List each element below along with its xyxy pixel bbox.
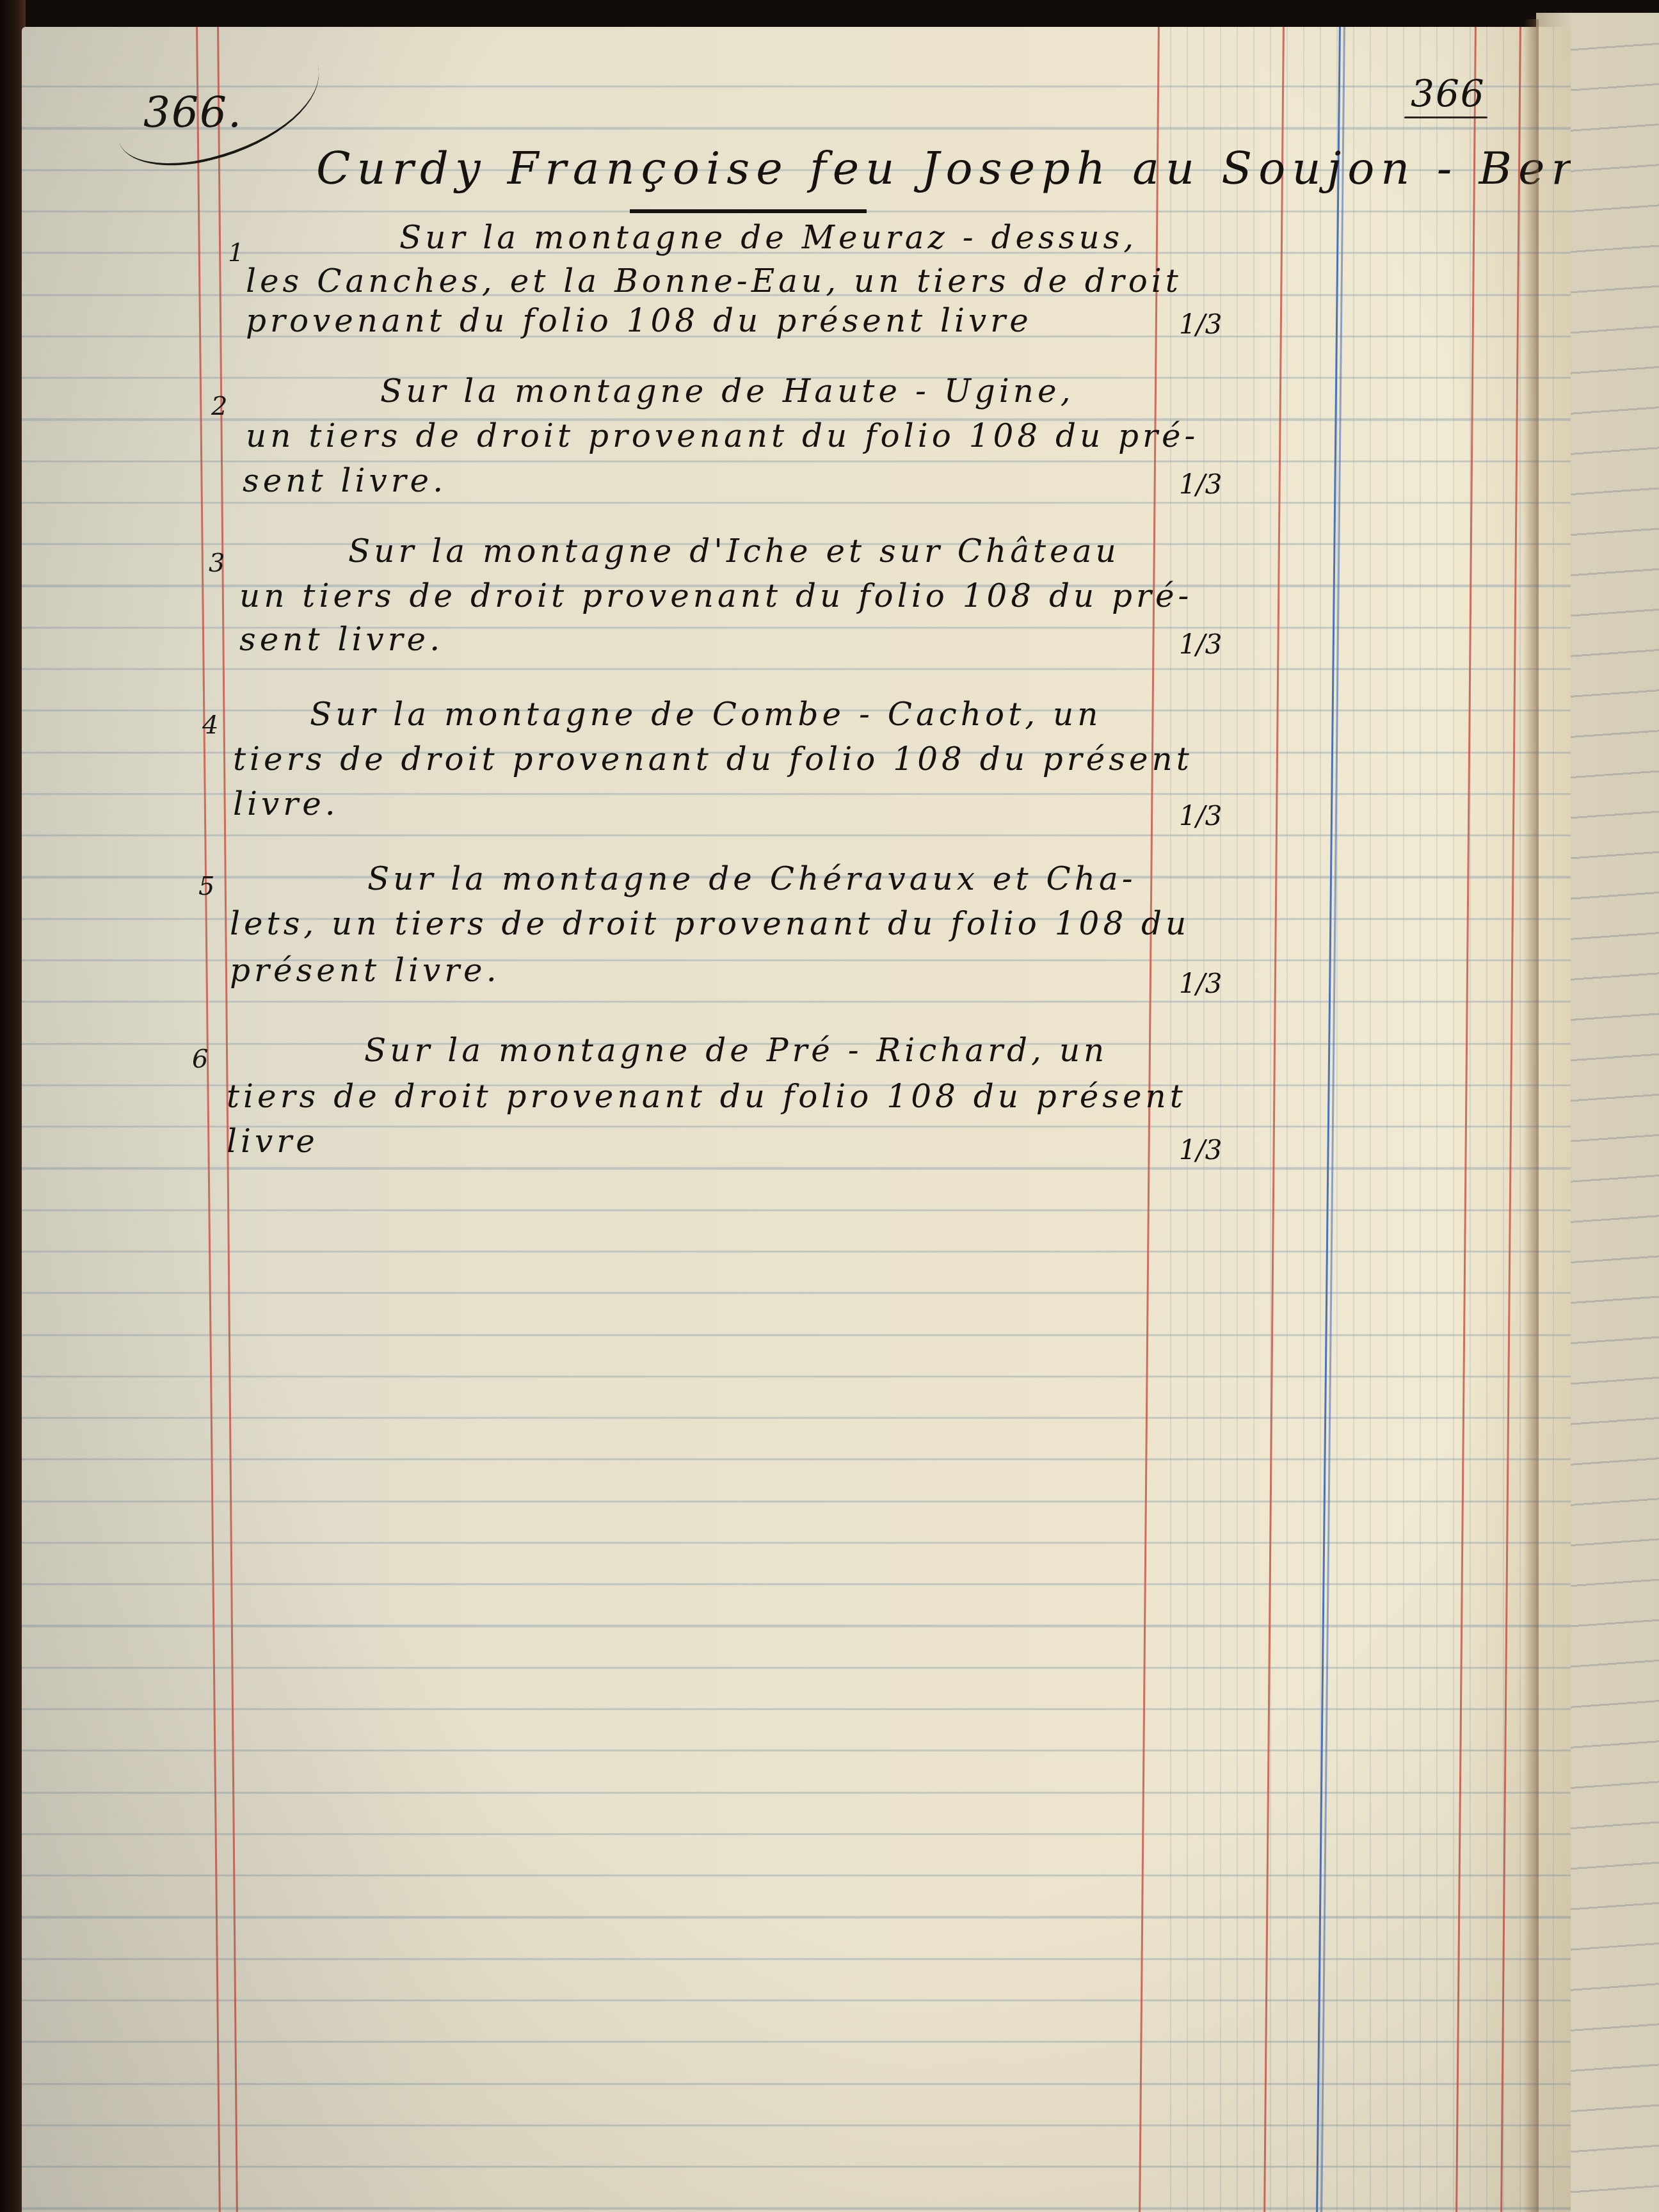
entry-line: présent livre. bbox=[230, 952, 501, 989]
entry-line: tiers de droit provenant du folio 108 du… bbox=[227, 1078, 1187, 1115]
heading-underline bbox=[630, 209, 867, 213]
ledger-page: 366. 366 Curdy Françoise feu Joseph au S… bbox=[22, 27, 1571, 2212]
entry-number: 1 bbox=[228, 238, 244, 268]
entry-line: tiers de droit provenant du folio 108 du… bbox=[233, 741, 1193, 778]
entry-line: livre. bbox=[233, 785, 339, 822]
entry-line: un tiers de droit provenant du folio 108… bbox=[246, 417, 1199, 454]
share-fraction: 1/3 bbox=[1179, 629, 1222, 660]
entry-number: 6 bbox=[192, 1045, 208, 1074]
entry-line: Sur la montagne de Pré - Richard, un bbox=[364, 1032, 1108, 1069]
entry-line: Sur la montagne de Haute - Ugine, bbox=[380, 373, 1075, 410]
share-fraction: 1/3 bbox=[1179, 469, 1222, 500]
entry-number: 2 bbox=[211, 392, 227, 421]
entry-number: 5 bbox=[198, 872, 214, 901]
entry-line: livre bbox=[227, 1123, 319, 1160]
entry-number: 3 bbox=[209, 549, 225, 578]
entry-line: Sur la montagne d'Iche et sur Château bbox=[348, 533, 1120, 570]
share-fraction: 1/3 bbox=[1179, 968, 1222, 999]
entry-line: Sur la montagne de Combe - Cachot, un bbox=[310, 696, 1102, 733]
entry-line: un tiers de droit provenant du folio 108… bbox=[239, 577, 1192, 614]
entry-line: Sur la montagne de Chéravaux et Cha- bbox=[367, 860, 1137, 897]
folio-right-underline bbox=[1404, 116, 1487, 118]
folio-number-right: 366 bbox=[1411, 72, 1486, 115]
owner-heading: Curdy Françoise feu Joseph au Soujon - B… bbox=[316, 142, 1571, 195]
entry-line: provenant du folio 108 du présent livre bbox=[246, 302, 1032, 339]
entry-line: lets, un tiers de droit provenant du fol… bbox=[230, 905, 1190, 942]
entry-line: les Canches, et la Bonne-Eau, un tiers d… bbox=[246, 262, 1182, 300]
entry-line: sent livre. bbox=[239, 621, 444, 658]
entry-line: Sur la montagne de Meuraz - dessus, bbox=[399, 219, 1137, 256]
page-edge-shadow bbox=[1523, 19, 1539, 2212]
share-fraction: 1/3 bbox=[1179, 1134, 1222, 1166]
ledger-photo: 366. 366 Curdy Françoise feu Joseph au S… bbox=[0, 0, 1659, 2212]
entry-number: 4 bbox=[202, 710, 218, 740]
share-fraction: 1/3 bbox=[1179, 309, 1222, 340]
share-fraction: 1/3 bbox=[1179, 800, 1222, 831]
entry-line: sent livre. bbox=[243, 462, 447, 499]
